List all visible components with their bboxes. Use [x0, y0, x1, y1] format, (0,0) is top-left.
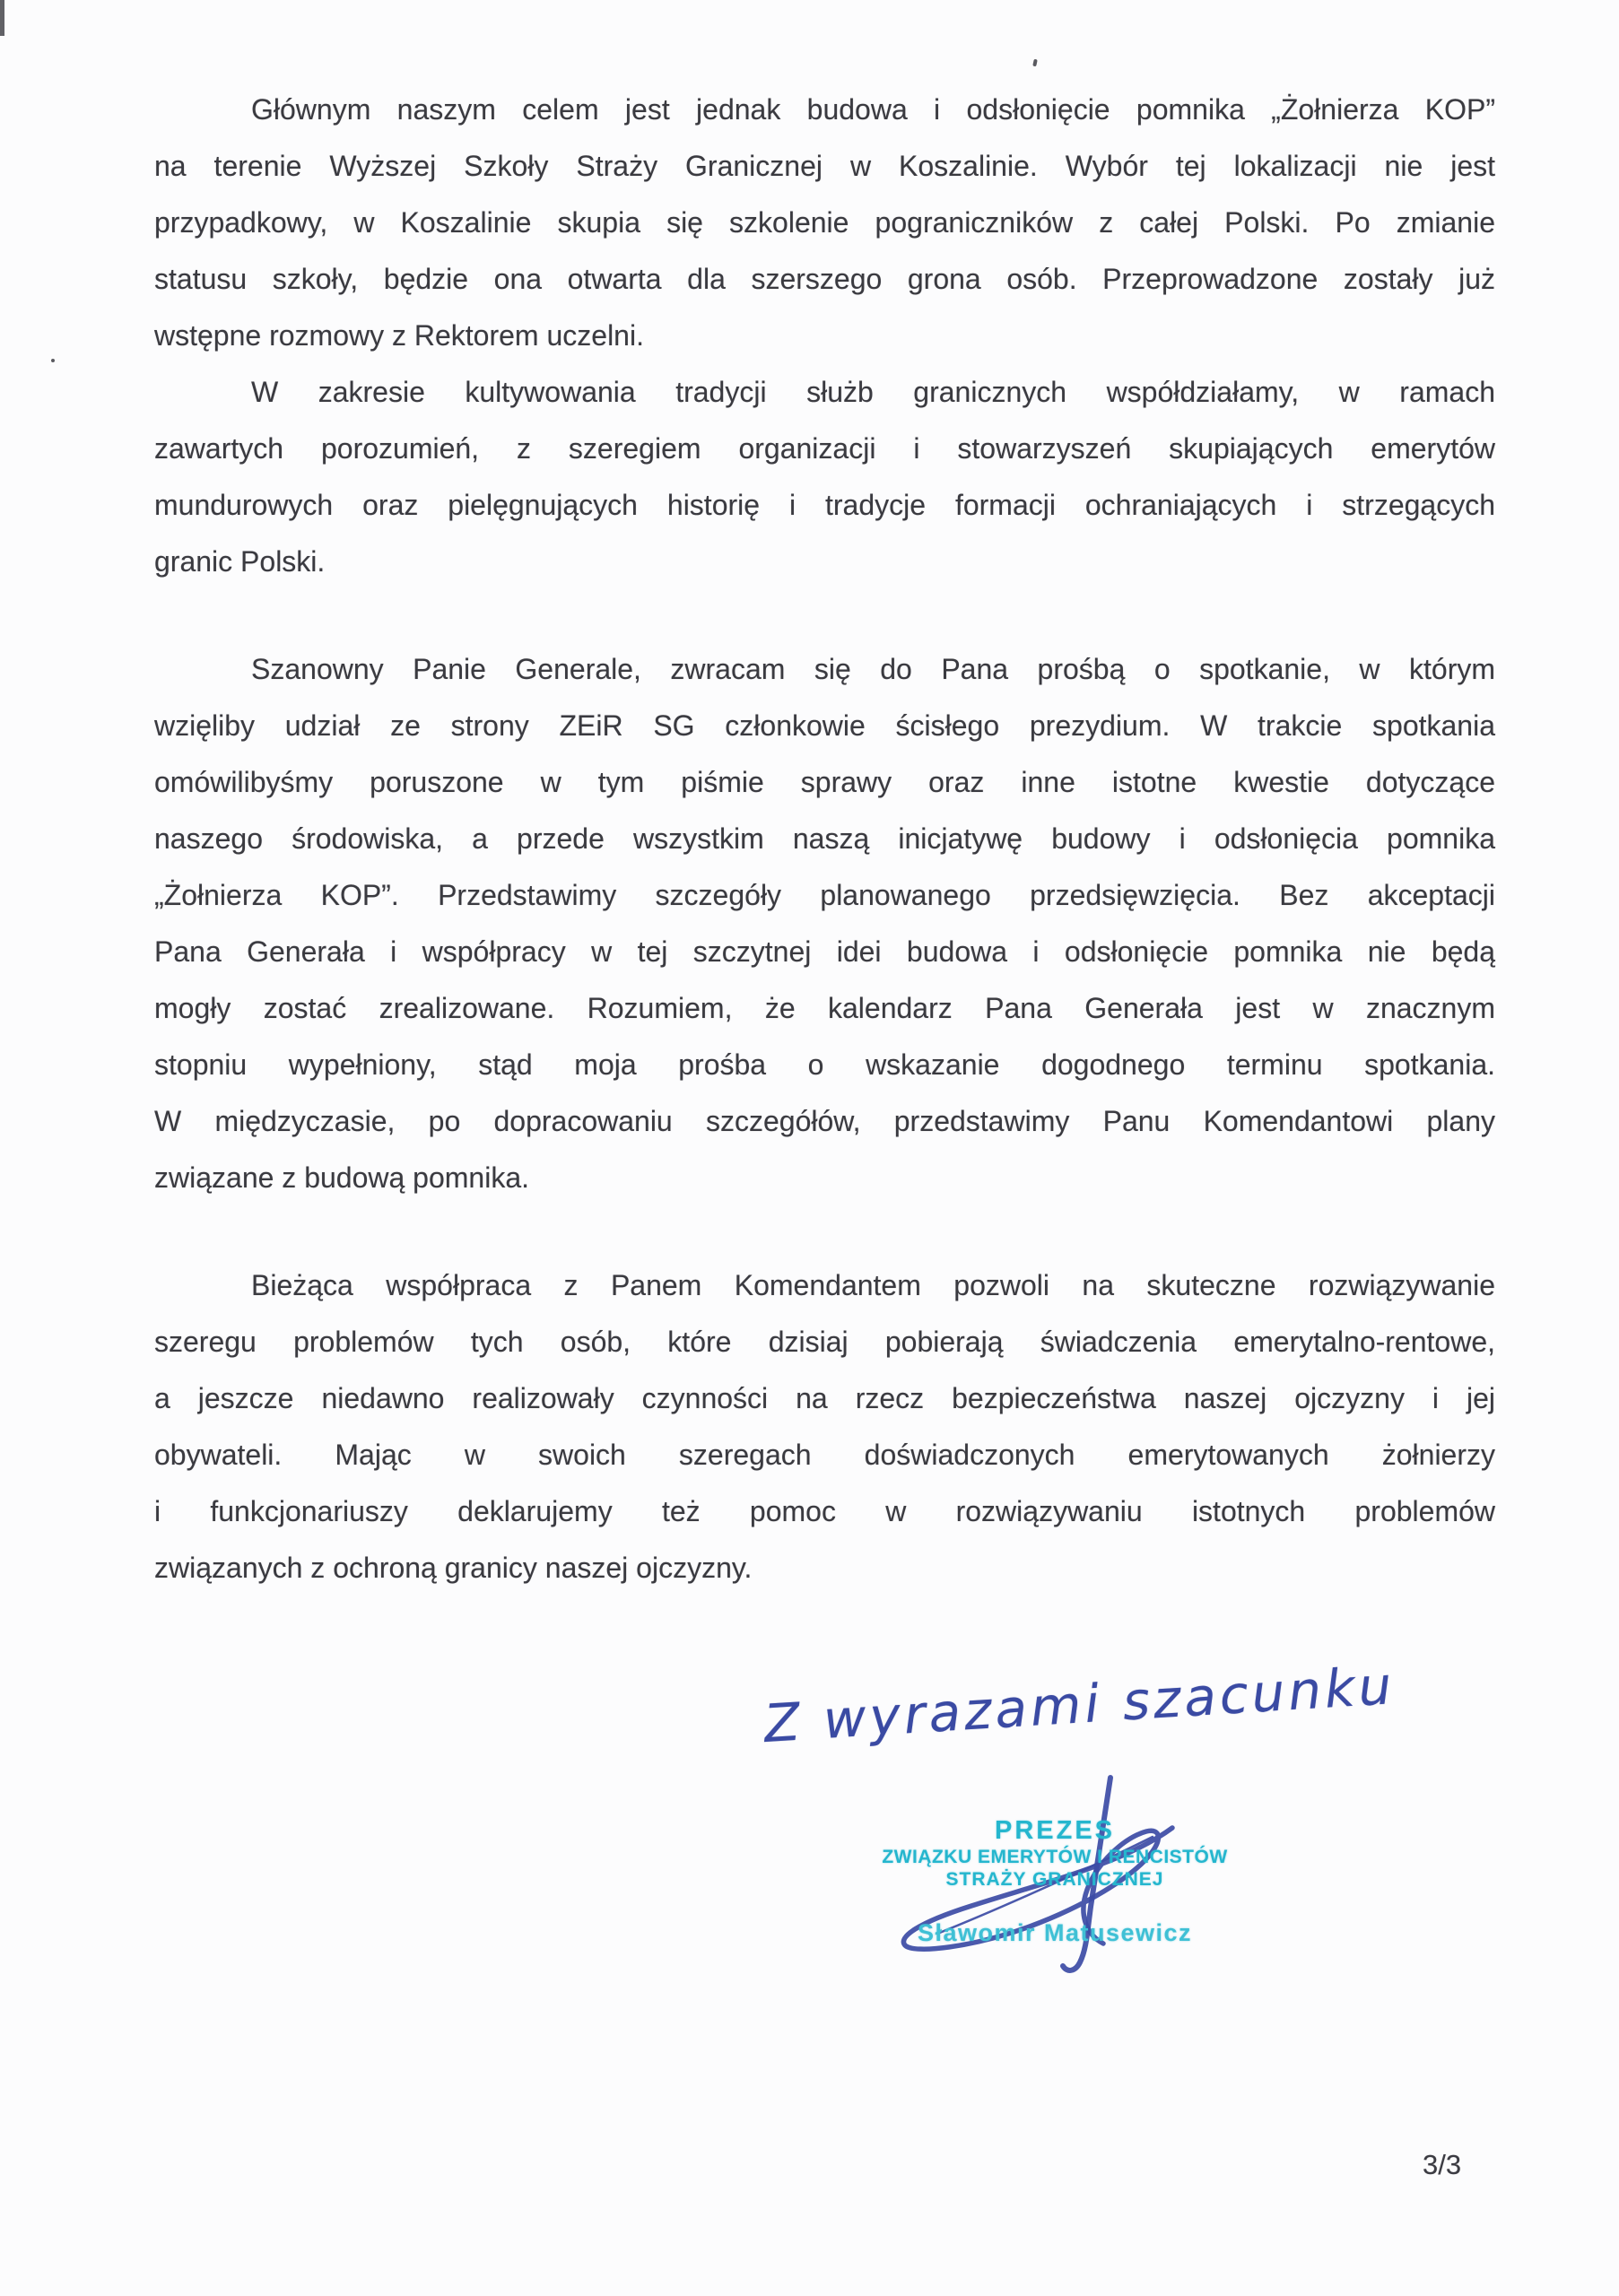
text-line: wzięliby udział ze strony ZEiR SG członk… [154, 698, 1495, 754]
paragraph: Bieżąca współpraca z Panem Komendantem p… [154, 1257, 1495, 1596]
text-line: naszego środowiska, a przede wszystkim n… [154, 811, 1495, 867]
text-line: wstępne rozmowy z Rektorem uczelni. [154, 308, 1495, 364]
page-number: 3/3 [1423, 2149, 1461, 2181]
scan-artifact-dot [51, 359, 55, 362]
text-line: szeregu problemów tych osób, które dzisi… [154, 1314, 1495, 1370]
text-line: a jeszcze niedawno realizowały czynności… [154, 1370, 1495, 1427]
text-line: przypadkowy, w Koszalinie skupia się szk… [154, 195, 1495, 251]
paragraph: Szanowny Panie Generale, zwracam się do … [154, 641, 1495, 1206]
paragraph: W zakresie kultywowania tradycji służb g… [154, 364, 1495, 590]
text-line: Bieżąca współpraca z Panem Komendantem p… [154, 1257, 1495, 1314]
text-line: „Żołnierza KOP”. Przedstawimy szczegóły … [154, 867, 1495, 924]
text-line: Głównym naszym celem jest jednak budowa … [154, 82, 1495, 138]
paragraph: Głównym naszym celem jest jednak budowa … [154, 82, 1495, 364]
stamp-title: PREZES [831, 1815, 1279, 1846]
handwritten-closing: Z wyrazami szacunku [762, 1653, 1429, 1754]
text-line: na terenie Wyższej Szkoły Straży Granicz… [154, 138, 1495, 195]
letter-body: Głównym naszym celem jest jednak budowa … [154, 82, 1495, 1596]
stamp-block: PREZES ZWIĄZKU EMERYTÓW I RENCISTÓW STRA… [831, 1815, 1279, 1946]
text-line: mogły zostać zrealizowane. Rozumiem, że … [154, 980, 1495, 1037]
scan-artifact-dot [1032, 59, 1038, 67]
text-line: stopniu wypełniony, stąd moja prośba o w… [154, 1037, 1495, 1093]
text-line: mundurowych oraz pielęgnujących historię… [154, 477, 1495, 534]
stamp-org-line1: ZWIĄZKU EMERYTÓW I RENCISTÓW [831, 1846, 1279, 1868]
scanned-letter-page: Głównym naszym celem jest jednak budowa … [0, 0, 1619, 2296]
text-line: zawartych porozumień, z szeregiem organi… [154, 421, 1495, 477]
text-line: statusu szkoły, będzie ona otwarta dla s… [154, 251, 1495, 308]
text-line: obywateli. Mając w swoich szeregach dośw… [154, 1427, 1495, 1483]
text-line: W zakresie kultywowania tradycji służb g… [154, 364, 1495, 421]
stamp-org-line2: STRAŻY GRANICZNEJ [831, 1868, 1279, 1891]
text-line: omówilibyśmy poruszone w tym piśmie spra… [154, 754, 1495, 811]
text-line: granic Polski. [154, 534, 1495, 590]
text-line: Szanowny Panie Generale, zwracam się do … [154, 641, 1495, 698]
text-line: związanych z ochroną granicy naszej ojcz… [154, 1540, 1495, 1596]
scan-edge-artifact [0, 0, 4, 36]
text-line: Pana Generała i współpracy w tej szczytn… [154, 924, 1495, 980]
text-line: W międzyczasie, po dopracowaniu szczegół… [154, 1093, 1495, 1150]
text-line: związane z budową pomnika. [154, 1150, 1495, 1206]
stamp-signatory-name: Sławomir Matusewicz [831, 1919, 1279, 1946]
text-line: i funkcjonariuszy deklarujemy też pomoc … [154, 1483, 1495, 1540]
